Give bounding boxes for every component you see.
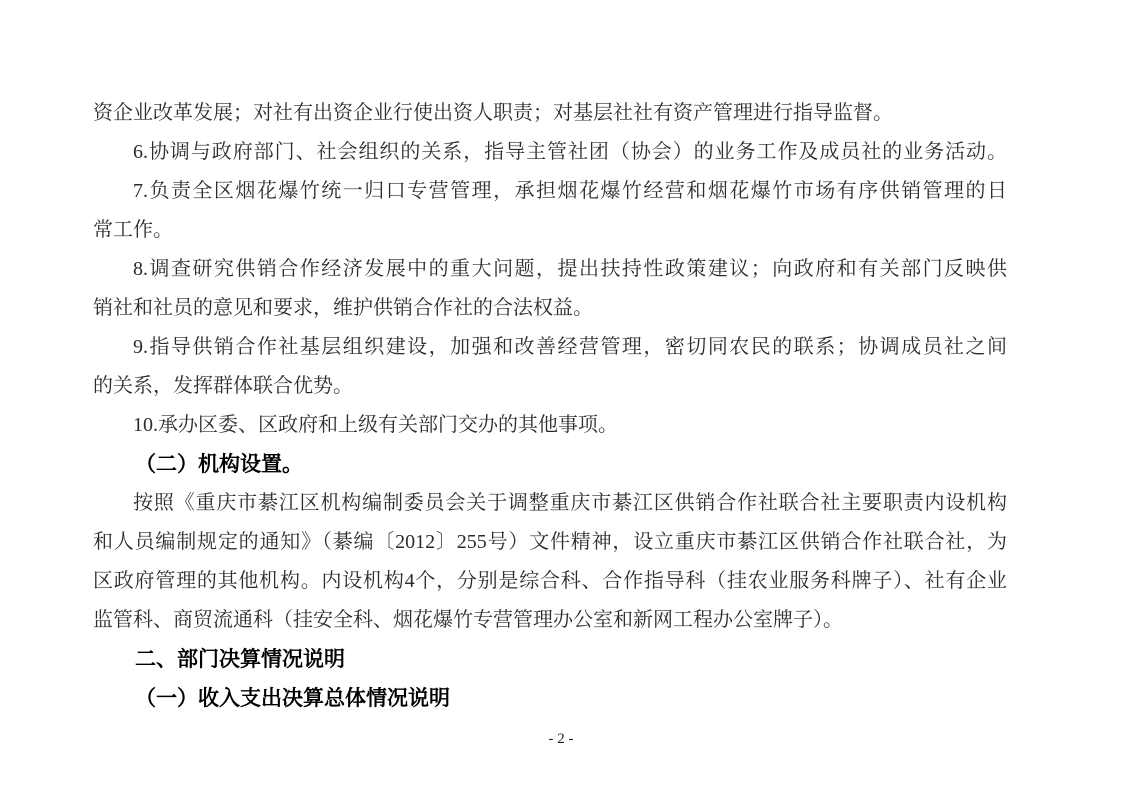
page-number: - 2 - xyxy=(549,731,574,747)
text-line: 7.负责全区烟花爆竹统一归口专营管理，承担烟花爆竹经营和烟花爆竹市场有序供销管理… xyxy=(93,172,1007,211)
text-line: 监管科、商贸流通科（挂安全科、烟花爆竹专营管理办公室和新网工程办公室牌子）。 xyxy=(93,601,1007,640)
document-body: 资企业改革发展；对社有出资企业行使出资人职责；对基层社社有资产管理进行指导监督。… xyxy=(93,94,1007,718)
text-line: 的关系，发挥群体联合优势。 xyxy=(93,367,1007,406)
text-line: 和人员编制规定的通知》（綦编〔2012〕255号）文件精神，设立重庆市綦江区供销… xyxy=(93,523,1007,562)
text-line: 区政府管理的其他机构。内设机构4个，分别是综合科、合作指导科（挂农业服务科牌子）… xyxy=(93,562,1007,601)
text-line: 8.调查研究供销合作经济发展中的重大问题，提出扶持性政策建议；向政府和有关部门反… xyxy=(93,250,1007,289)
text-line: 9.指导供销合作社基层组织建设，加强和改善经营管理，密切同农民的联系；协调成员社… xyxy=(93,328,1007,367)
text-line: 10.承办区委、区政府和上级有关部门交办的其他事项。 xyxy=(93,406,1007,445)
heading-line: 二、部门决算情况说明 xyxy=(93,640,1007,679)
heading-line: （二）机构设置。 xyxy=(93,445,1007,484)
page-footer: - 2 - xyxy=(0,729,1122,749)
text-line: 销社和社员的意见和要求，维护供销合作社的合法权益。 xyxy=(93,289,1007,328)
text-line: 常工作。 xyxy=(93,211,1007,250)
text-line: 按照《重庆市綦江区机构编制委员会关于调整重庆市綦江区供销合作社联合社主要职责内设… xyxy=(93,484,1007,523)
text-line: 资企业改革发展；对社有出资企业行使出资人职责；对基层社社有资产管理进行指导监督。 xyxy=(93,94,1007,133)
heading-line: （一）收入支出决算总体情况说明 xyxy=(93,679,1007,718)
text-line: 6.协调与政府部门、社会组织的关系，指导主管社团（协会）的业务工作及成员社的业务… xyxy=(93,133,1007,172)
document-page: 资企业改革发展；对社有出资企业行使出资人职责；对基层社社有资产管理进行指导监督。… xyxy=(0,0,1122,793)
